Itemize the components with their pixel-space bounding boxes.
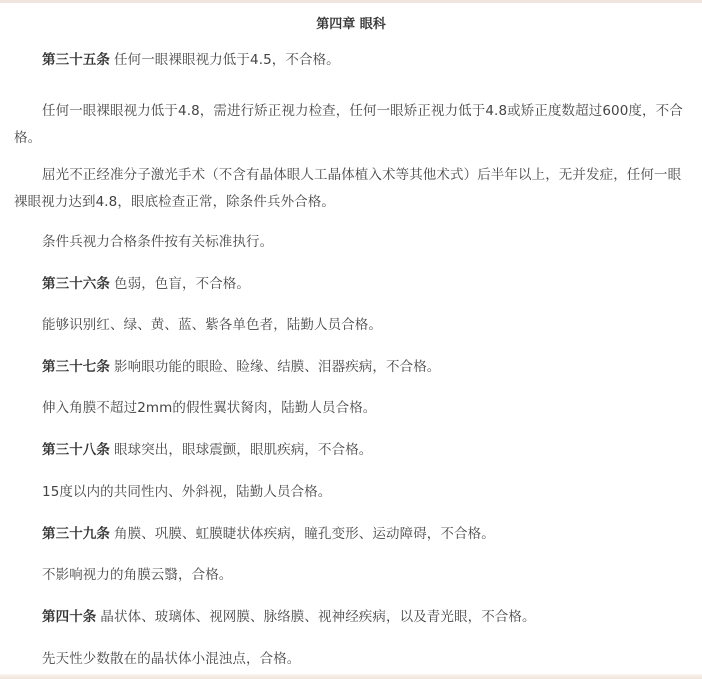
article-number: 第四十条	[42, 609, 96, 625]
chapter-title: 第四章 眼科	[0, 16, 702, 34]
paragraph-text: 能够识别红、绿、黄、蓝、紫各单色者，陆勤人员合格。	[42, 317, 382, 333]
paragraph-article-36: 第三十六条色弱，色盲，不合格。	[14, 271, 686, 298]
paragraph: 不影响视力的角膜云翳，合格。	[14, 562, 686, 589]
paragraph: 伸入角膜不超过2mm的假性翼状胬肉，陆勤人员合格。	[14, 395, 686, 422]
paragraph-article-37: 第三十七条影响眼功能的眼睑、睑缘、结膜、泪器疾病，不合格。	[14, 354, 686, 381]
paragraph-article-38: 第三十八条眼球突出，眼球震颤，眼肌疾病，不合格。	[14, 437, 686, 464]
paragraph-article-40: 第四十条晶状体、玻璃体、视网膜、脉络膜、视神经疾病，以及青光眼，不合格。	[14, 604, 686, 631]
paragraph-text: 色弱，色盲，不合格。	[114, 276, 250, 292]
paragraph-text: 先天性少数散在的晶状体小混浊点，合格。	[42, 651, 300, 667]
paragraph-text: 影响眼功能的眼睑、睑缘、结膜、泪器疾病，不合格。	[114, 359, 440, 375]
paragraph: 能够识别红、绿、黄、蓝、紫各单色者，陆勤人员合格。	[14, 312, 686, 339]
paragraph-text: 15度以内的共同性内、外斜视，陆勤人员合格。	[42, 484, 331, 500]
paragraph: 15度以内的共同性内、外斜视，陆勤人员合格。	[14, 479, 686, 506]
paragraph: 先天性少数散在的晶状体小混浊点，合格。	[14, 646, 686, 673]
paragraph-text: 伸入角膜不超过2mm的假性翼状胬肉，陆勤人员合格。	[42, 400, 376, 416]
article-number: 第三十九条	[42, 526, 110, 542]
paragraph: 条件兵视力合格条件按有关标准执行。	[14, 229, 686, 256]
article-number: 第三十五条	[42, 52, 110, 68]
bottom-border	[0, 674, 702, 679]
paragraph-text: 屈光不正经准分子激光手术（不含有晶体眼人工晶体植入术等其他术式）后半年以上，无并…	[14, 167, 681, 210]
paragraph-text: 晶状体、玻璃体、视网膜、脉络膜、视神经疾病，以及青光眼，不合格。	[100, 609, 535, 625]
article-number: 第三十七条	[42, 359, 110, 375]
paragraph: 屈光不正经准分子激光手术（不含有晶体眼人工晶体植入术等其他术式）后半年以上，无并…	[14, 162, 686, 216]
article-number: 第三十八条	[42, 442, 110, 458]
paragraph-text: 眼球突出，眼球震颤，眼肌疾病，不合格。	[114, 442, 372, 458]
paragraph: 任何一眼裸眼视力低于4.8，需进行矫正视力检查，任何一眼矫正视力低于4.8或矫正…	[14, 98, 686, 152]
paragraph-text: 任何一眼裸眼视力低于4.5，不合格。	[114, 52, 340, 68]
top-border	[0, 0, 702, 3]
paragraph-text: 条件兵视力合格条件按有关标准执行。	[42, 234, 273, 250]
paragraph-text: 任何一眼裸眼视力低于4.8，需进行矫正视力检查，任何一眼矫正视力低于4.8或矫正…	[14, 103, 683, 146]
paragraph-text: 角膜、巩膜、虹膜睫状体疾病，瞳孔变形、运动障碍，不合格。	[114, 526, 495, 542]
paragraph-article-35: 第三十五条任何一眼裸眼视力低于4.5，不合格。	[14, 47, 686, 74]
paragraph-article-39: 第三十九条角膜、巩膜、虹膜睫状体疾病，瞳孔变形、运动障碍，不合格。	[14, 521, 686, 548]
article-number: 第三十六条	[42, 276, 110, 292]
paragraph-text: 不影响视力的角膜云翳，合格。	[42, 567, 232, 583]
